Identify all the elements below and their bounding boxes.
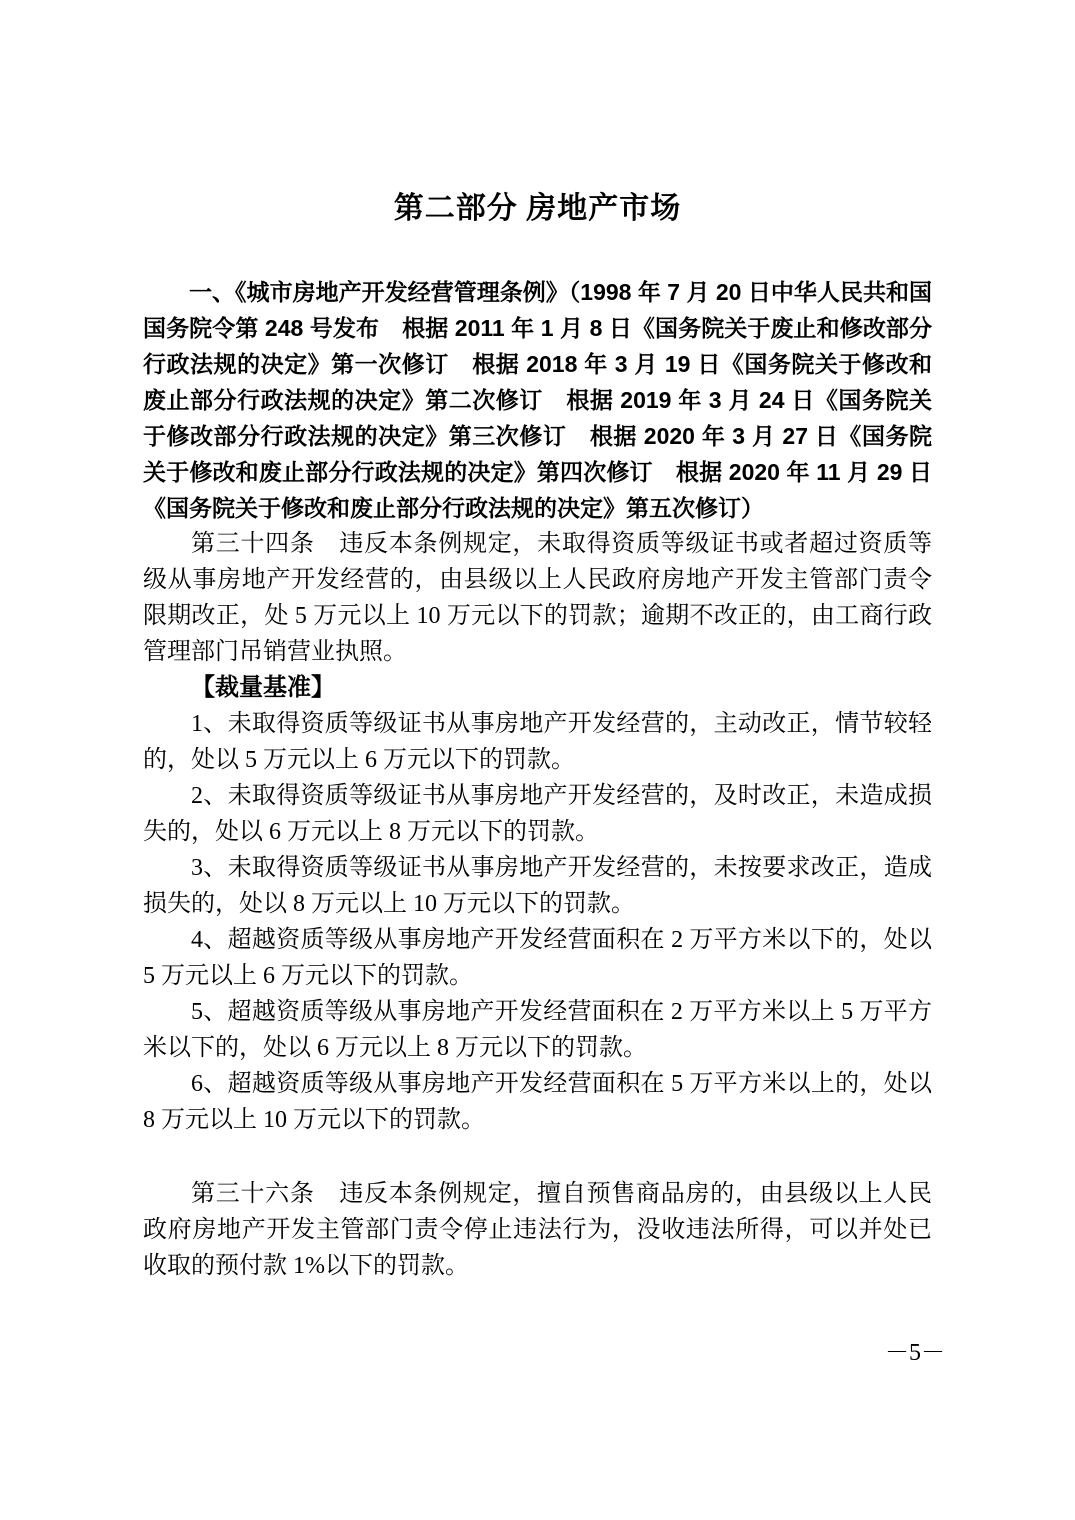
benchmark-item-2: 2、未取得资质等级证书从事房地产开发经营的，及时改正，未造成损失的，处以 6 万… (143, 778, 932, 850)
article-34-paragraph: 第三十四条 违反本条例规定，未取得资质等级证书或者超过资质等级从事房地产开发经营… (143, 526, 932, 670)
benchmark-item-5: 5、超越资质等级从事房地产开发经营面积在 2 万平方米以上 5 万平方米以下的，… (143, 994, 932, 1066)
benchmark-item-4: 4、超越资质等级从事房地产开发经营面积在 2 万平方米以下的，处以 5 万元以上… (143, 922, 932, 994)
benchmark-item-3: 3、未取得资质等级证书从事房地产开发经营的，未按要求改正，造成损失的，处以 8 … (143, 850, 932, 922)
benchmark-item-1: 1、未取得资质等级证书从事房地产开发经营的，主动改正，情节较轻的，处以 5 万元… (143, 706, 932, 778)
regulation-intro-paragraph: 一、《城市房地产开发经营管理条例》（1998 年 7 月 20 日中华人民共和国… (143, 274, 932, 526)
page-number: －5－ (885, 1338, 945, 1368)
benchmark-item-6: 6、超越资质等级从事房地产开发经营面积在 5 万平方米以上的，处以 8 万元以上… (143, 1066, 932, 1138)
page-title: 第二部分 房地产市场 (143, 190, 932, 228)
document-page: 第二部分 房地产市场 一、《城市房地产开发经营管理条例》（1998 年 7 月 … (0, 0, 1075, 1520)
benchmark-heading: 【裁量基准】 (143, 670, 932, 706)
article-36-paragraph: 第三十六条 违反本条例规定，擅自预售商品房的，由县级以上人民政府房地产开发主管部… (143, 1176, 932, 1284)
document-content: 第二部分 房地产市场 一、《城市房地产开发经营管理条例》（1998 年 7 月 … (143, 0, 932, 1284)
